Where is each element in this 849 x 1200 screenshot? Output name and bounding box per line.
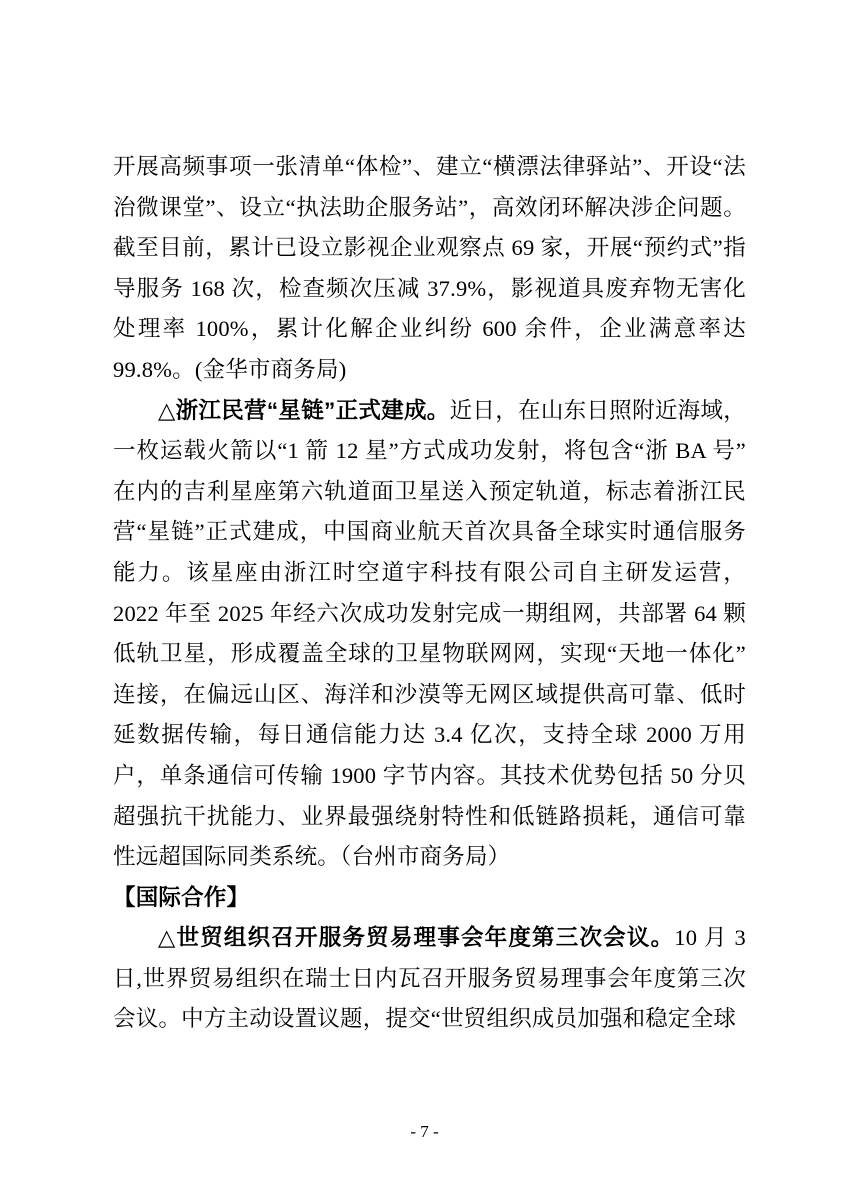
paragraph-text: 开展高频事项一张清单“体检”、建立“横漂法律驿站”、开设“法治微课堂”、设立“执… bbox=[113, 154, 746, 382]
section-heading-international-cooperation: 【国际合作】 bbox=[113, 878, 746, 919]
paragraph-jinhua-continuation: 开展高频事项一张清单“体检”、建立“横漂法律驿站”、开设“法治微课堂”、设立“执… bbox=[113, 147, 746, 391]
news-item-title: △浙江民营“星链”正式建成。 bbox=[158, 398, 450, 423]
news-item-body: 近日，在山东日照附近海域，一枚运载火箭以“1 箭 12 星”方式成功发射，将包含… bbox=[113, 398, 746, 870]
news-item-zhejiang-starlink: △浙江民营“星链”正式建成。近日，在山东日照附近海域，一枚运载火箭以“1 箭 1… bbox=[113, 391, 746, 878]
news-item-title: △世贸组织召开服务贸易理事会年度第三次会议。 bbox=[158, 925, 674, 950]
news-item-wto-council: △世贸组织召开服务贸易理事会年度第三次会议。10 月 3 日,世界贸易组织在瑞士… bbox=[113, 918, 746, 1040]
document-page: 开展高频事项一张清单“体检”、建立“横漂法律驿站”、开设“法治微课堂”、设立“执… bbox=[0, 0, 849, 1200]
page-number: - 7 - bbox=[0, 1122, 849, 1142]
page-body: 开展高频事项一张清单“体检”、建立“横漂法律驿站”、开设“法治微课堂”、设立“执… bbox=[113, 147, 746, 1040]
